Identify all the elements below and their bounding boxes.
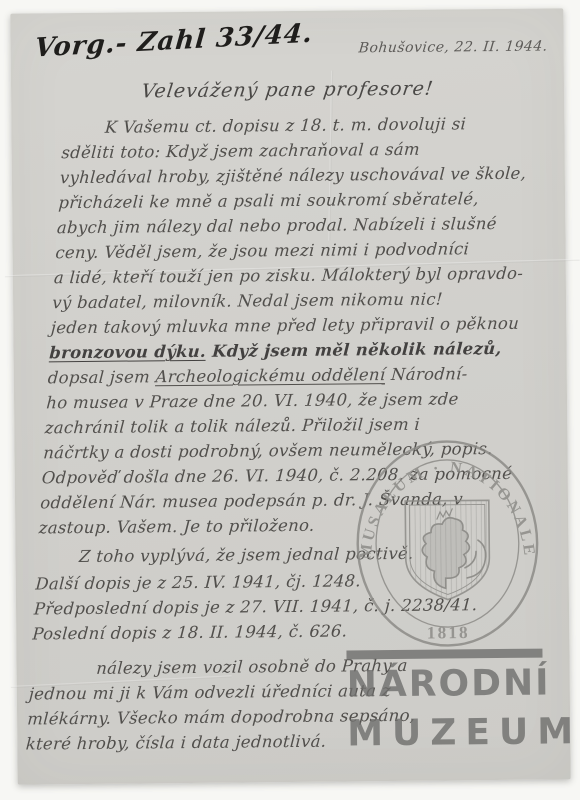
- letter-text-segment: abych jim nálezy dal nebo prodal. Nabíze…: [56, 214, 497, 237]
- letter-line: zastoup. Vašem. Je to přiloženo.: [38, 511, 536, 541]
- letter-text-segment: Když jsem měl několik nálezů,: [206, 339, 503, 361]
- letter-text-segment: mlékárny. Všecko mám dopodrobna sepsáno,: [27, 706, 416, 729]
- letter-line: Předposlední dopis je z 27. VII. 1941, č…: [33, 592, 531, 622]
- letter-line: bronzovou dýku. Když jsem měl několik ná…: [49, 336, 547, 366]
- letter-text-segment: Poslední dopis z 18. II. 1944, č. 626.: [32, 621, 348, 643]
- letter-paragraph: Další dopis je z 25. IV. 1941, čj. 1248.…: [32, 567, 534, 647]
- letter-line: Z toho vyplývá, že jsem jednal poctivě.: [36, 540, 534, 570]
- letter-text-segment: vý badatel, milovník. Nedal jsem nikomu …: [52, 290, 444, 313]
- letter-text-segment: Předposlední dopis je z 27. VII. 1941, č…: [33, 595, 478, 618]
- letter-line: abych jim nálezy dal nebo prodal. Nabíze…: [56, 210, 554, 240]
- letter-text-segment: bronzovou dýku.: [49, 342, 207, 363]
- letter-text-segment: Národní-: [385, 364, 468, 384]
- letter-text-segment: K Vašemu ct. dopisu z 18. t. m. dovoluji…: [104, 114, 466, 136]
- letter-text-segment: ceny. Věděl jsem, že jsou mezi nimi i po…: [55, 239, 470, 262]
- letter-line: které hroby, čísla i data jednotlivá.: [25, 727, 523, 757]
- letter-text-segment: a lidé, kteří touží jen po zisku. Málokt…: [53, 264, 523, 288]
- letter-paragraph: Z toho vyplývá, že jsem jednal poctivě.: [36, 540, 534, 570]
- letter-paragraph: K Vašemu ct. dopisu z 18. t. m. dovoluji…: [38, 110, 561, 540]
- letter-text-segment: dopsal jsem: [47, 367, 156, 387]
- letter-salutation: Velevážený pane profesore!: [10, 76, 566, 103]
- letter-text-segment: Odpověď došla dne 26. VI. 1940, č. 2.208…: [41, 464, 513, 488]
- letter-text-segment: Archeologickému oddělení: [155, 365, 386, 386]
- scanned-letter-page: Vorg.- Zahl 33/44. Bohušovice, 22. II. 1…: [0, 0, 580, 800]
- letter-text-segment: jednou mi ji k Vám odvezli úředníci auta…: [28, 681, 391, 703]
- letter-text-segment: nálezy jsem vozil osobně do Prahy a: [96, 656, 409, 678]
- letter-text-segment: Další dopis je z 25. IV. 1941, čj. 1248.: [35, 571, 362, 593]
- letter-text-segment: přicházeli ke mně a psali mi soukromí sb…: [58, 189, 480, 212]
- letter-text-segment: jeden takový mluvka mne před lety připra…: [50, 314, 519, 338]
- letter-text-segment: které hroby, čísla i data jednotlivá.: [25, 732, 327, 754]
- letter-line: vyhledával hroby, zjištěné nálezy uschov…: [59, 160, 557, 190]
- letter-text-segment: vyhledával hroby, zjištěné nálezy uschov…: [59, 164, 526, 187]
- letter-text-segment: zastoup. Vašem. Je to přiloženo.: [38, 516, 315, 538]
- letter-text-segment: zachránil tolik a tolik nálezů. Přiložil…: [44, 415, 420, 438]
- letter-text-segment: ho musea v Praze dne 20. VI. 1940, že js…: [46, 389, 459, 412]
- letter-line: Poslední dopis z 18. II. 1944, č. 626.: [32, 617, 530, 647]
- letter-paragraph: nálezy jsem vozil osobně do Prahy ajedno…: [25, 652, 528, 757]
- letter-body: K Vašemu ct. dopisu z 18. t. m. dovoluji…: [25, 110, 561, 756]
- letter-text-segment: náčrtky a dosti podrobný, ovšem neumělec…: [43, 439, 494, 462]
- letter-reference-number: Vorg.- Zahl 33/44.: [33, 19, 314, 64]
- letter-text-segment: Z toho vyplývá, že jsem jednal poctivě.: [78, 544, 414, 566]
- letter-line: a lidé, kteří touží jen po zisku. Málokt…: [53, 260, 551, 290]
- letter-text-segment: oddělení Nár. musea podepsán p. dr. J. Š…: [40, 489, 464, 512]
- letter-dateline: Bohušovice, 22. II. 1944.: [358, 39, 549, 57]
- letter-line: Odpověď došla dne 26. VI. 1940, č. 2.208…: [41, 461, 539, 491]
- letter-paper: Vorg.- Zahl 33/44. Bohušovice, 22. II. 1…: [10, 8, 570, 784]
- letter-text-segment: sděliti toto: Když jsem zachraňoval a sá…: [61, 140, 421, 162]
